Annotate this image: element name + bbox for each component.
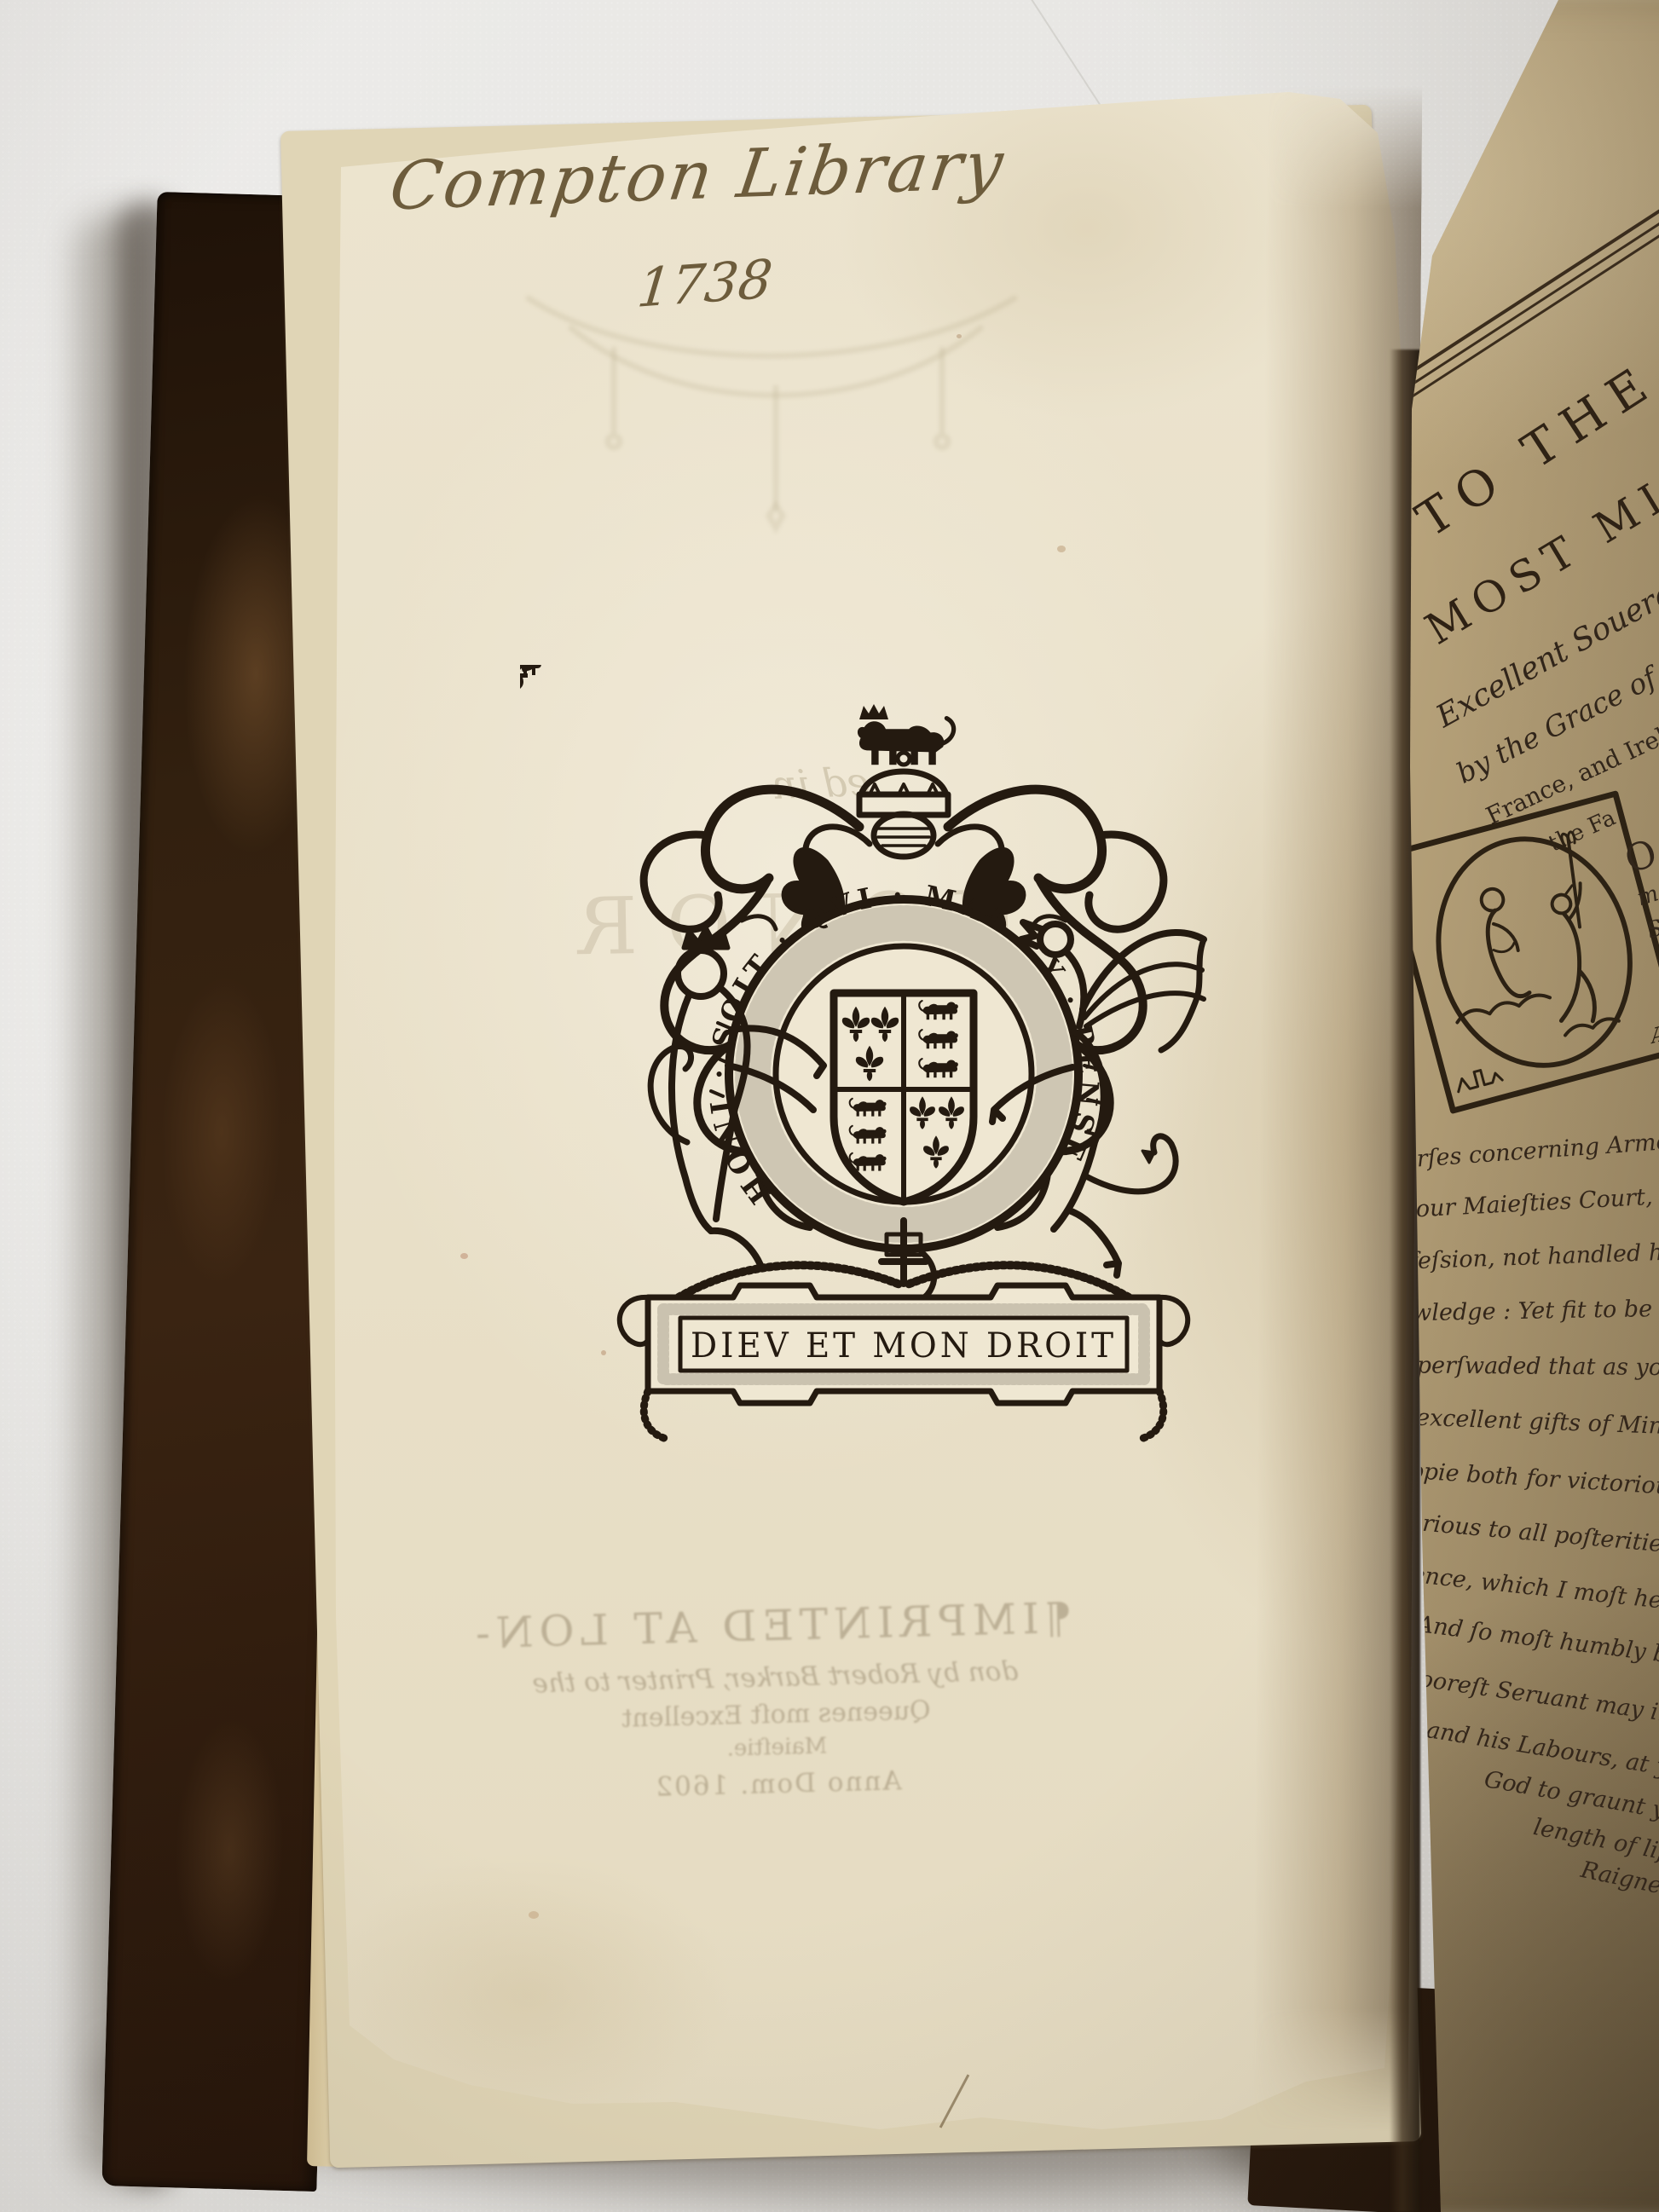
photo-of-open-antique-book: HONOR ed in ¶IMPRINTED AT LON- don by Ro… — [0, 0, 1659, 2212]
historiated-initial-woodcut: Æ — [1376, 783, 1659, 1120]
helm — [874, 814, 934, 857]
initial-engraver-mark: Æ — [1645, 1019, 1659, 1048]
foxing-spot — [601, 1350, 606, 1355]
foxing-spot — [529, 1911, 539, 1919]
body-line: glorious to all poſteritie, may haply — [1385, 1507, 1659, 1569]
ghost-ornament-showthrough — [477, 247, 1074, 605]
handwritten-date: 1738 — [634, 247, 775, 320]
banner-motto-text: DIEV ET MON DROIT — [691, 1326, 1117, 1366]
foxing-spot — [957, 334, 962, 338]
crest-lion — [858, 719, 954, 765]
body-line: courſes concerning Armes, Honor, — [1374, 1121, 1659, 1175]
royal-arms-woodcut: HONI · SOIT · QVI · MAL · Y · PENSE — [520, 665, 1236, 1449]
body-line: Raigne, and — [1579, 1857, 1659, 1911]
foxing-spot — [1057, 546, 1066, 552]
crest-lion-crown — [859, 704, 888, 719]
ghost-imprint-block: ¶IMPRINTED AT LON- don by Robert Barker,… — [475, 1593, 1077, 1807]
foxing-spot — [460, 1253, 468, 1259]
